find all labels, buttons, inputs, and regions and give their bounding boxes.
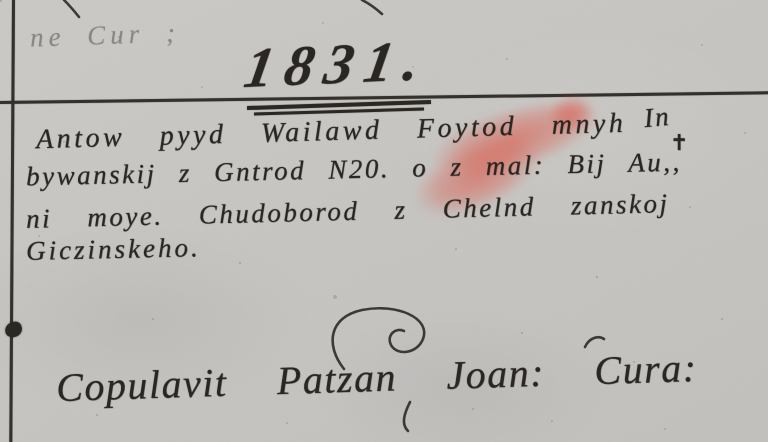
footer-descender-hook: [404, 402, 410, 431]
top-edge-stroke: [362, 0, 382, 14]
breve-mark: [585, 337, 604, 347]
entry-line-3: ni moye. Chudoborod z Chelnd zanskoj: [26, 188, 670, 235]
faded-top-note: ne Cur ;: [30, 17, 181, 53]
register-scan-page: ne Cur ; 1831. Antow pyyd Wailawd Foytod…: [0, 0, 768, 442]
year-heading: 1831.: [240, 28, 436, 101]
column-divider-line: [9, 0, 15, 442]
ink-blot: [3, 320, 23, 339]
entry-line-1-pre: Antow pyyd Wailawd: [36, 114, 418, 156]
entry-line-1-superscript: In: [643, 101, 672, 134]
paper-speckles: [0, 0, 2, 2]
entry-line-4: Giczinskeho.: [26, 232, 201, 267]
highlighted-word: Foytod: [416, 111, 517, 145]
top-edge-stroke: [64, 0, 79, 17]
entry-line-1-post: mnyh: [517, 108, 627, 142]
footer-line: Copulavit Patzan Joan: Cura:: [55, 344, 698, 411]
